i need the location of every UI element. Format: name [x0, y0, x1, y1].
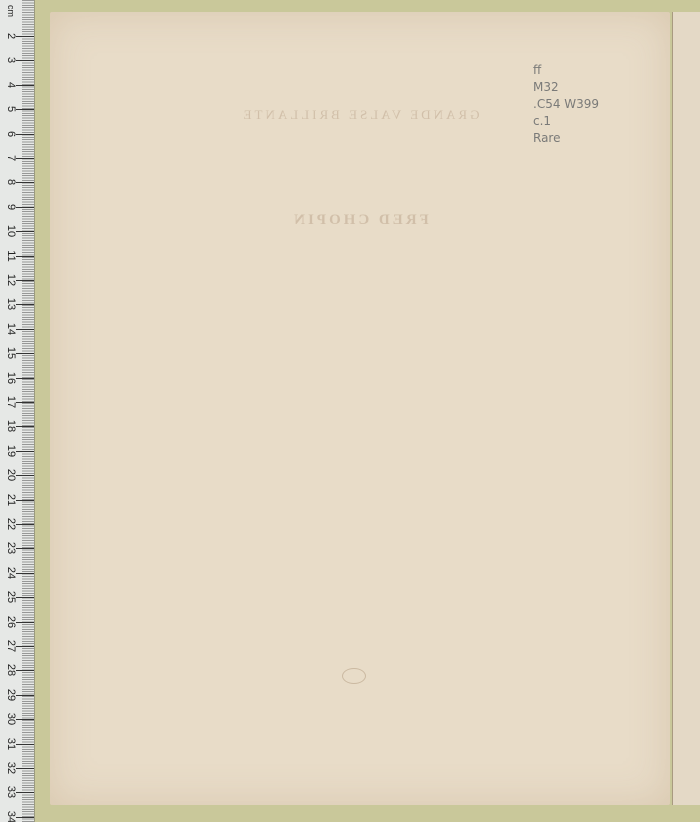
ruler-major-tick [16, 524, 34, 525]
ruler-label: 34 [5, 808, 17, 822]
ruler-major-tick [16, 60, 34, 61]
adjacent-page-edge [672, 12, 700, 805]
ruler-major-tick [16, 573, 34, 574]
ruler-major-tick [16, 500, 34, 501]
library-stamp [342, 668, 366, 684]
ruler-major-tick [16, 85, 34, 86]
ruler-major-tick [16, 670, 34, 671]
ruler-major-tick [16, 353, 34, 354]
ruler-unit-label: cm [6, 2, 16, 20]
catalog-note-line: M32 [533, 79, 599, 96]
ruler-major-tick [16, 182, 34, 183]
ruler-major-tick [16, 402, 34, 403]
ruler-major-tick [16, 646, 34, 647]
ruler-major-tick [16, 280, 34, 281]
ruler-major-tick [16, 719, 34, 720]
measuring-ruler: cm 2345678910111213141516171819202122232… [0, 0, 35, 822]
ruler-major-tick [16, 817, 34, 818]
ruler-major-tick [16, 426, 34, 427]
ruler-major-tick [16, 329, 34, 330]
ruler-major-tick [16, 597, 34, 598]
ruler-major-tick [16, 744, 34, 745]
catalog-note-line: Rare [533, 130, 599, 147]
ruler-major-tick [16, 548, 34, 549]
bleed-through-composer: FRED CHOPIN [50, 212, 670, 229]
ruler-major-tick [16, 622, 34, 623]
catalog-note-line: c.1 [533, 113, 599, 130]
ruler-major-tick [16, 134, 34, 135]
ruler-ticks [22, 0, 34, 822]
ruler-major-tick [16, 792, 34, 793]
ruler-major-tick [16, 304, 34, 305]
ruler-major-tick [16, 475, 34, 476]
ruler-major-tick [16, 451, 34, 452]
ruler-major-tick [16, 768, 34, 769]
ruler-major-tick [16, 207, 34, 208]
catalog-note-line: ff [533, 62, 599, 79]
catalog-note-line: .C54 W399 [533, 96, 599, 113]
ruler-major-tick [16, 695, 34, 696]
ruler-major-tick [16, 256, 34, 257]
ruler-major-tick [16, 231, 34, 232]
ruler-major-tick [16, 158, 34, 159]
ruler-major-tick [16, 36, 34, 37]
ruler-major-tick [16, 109, 34, 110]
catalog-note: ff M32 .C54 W399 c.1 Rare [533, 62, 599, 147]
ruler-major-tick [16, 378, 34, 379]
